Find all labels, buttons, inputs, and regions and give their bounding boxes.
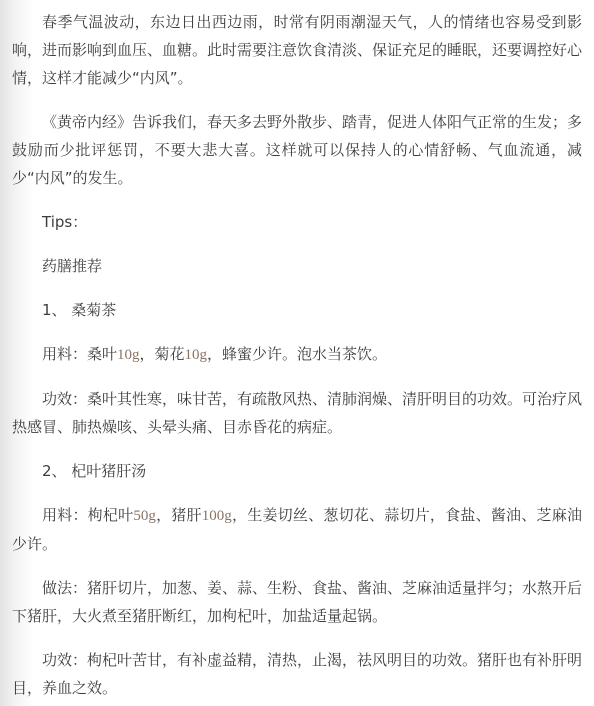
text-segment: ，蜂蜜少许。泡水当茶饮。 [207,345,387,363]
text-segment: 药膳推荐 [42,257,102,275]
paragraph: Tips： [12,208,582,236]
text-segment: 功效：枸杞叶苦甘，有补虚益精，清热，止渴，祛风明目的功效。猪肝也有补肝明目，养血… [12,651,582,697]
paragraph: 《黄帝内经》告诉我们，春天多去野外散步、踏青，促进人体阳气正常的生发；多鼓励而少… [12,108,582,192]
text-segment: 1、 桑菊茶 [42,301,116,319]
text-segment: 2、 杞叶猪肝汤 [42,462,146,480]
paragraph: 做法：猪肝切片，加葱、姜、蒜、生粉、食盐、酱油、芝麻油适量拌匀；水熬开后下猪肝，… [12,574,582,630]
paragraph: 用料：枸杞叶50g，猪肝100g，生姜切丝、葱切花、蒜切片，食盐、酱油、芝麻油少… [12,501,582,558]
paragraph: 功效：桑叶其性寒，味甘苦，有疏散风热、清肺润燥、清肝明目的功效。可治疗风热感冒、… [12,385,582,441]
paragraph: 用料：桑叶10g，菊花10g，蜂蜜少许。泡水当茶饮。 [12,340,582,369]
measurement-value: 100g [202,508,232,524]
paragraph: 功效：枸杞叶苦甘，有补虚益精，清热，止渴，祛风明目的功效。猪肝也有补肝明目，养血… [12,646,582,702]
text-segment: 用料：桑叶 [42,345,117,363]
measurement-value: 10g [117,347,140,363]
measurement-value: 10g [185,347,208,363]
measurement-value: 50g [133,508,156,524]
text-segment: 《黄帝内经》告诉我们，春天多去野外散步、踏青，促进人体阳气正常的生发；多鼓励而少… [12,113,582,187]
text-segment: ，菊花 [140,345,185,363]
text-segment: 用料：枸杞叶 [42,506,133,524]
text-segment: 春季气温波动，东边日出西边雨，时常有阴雨潮湿天气，人的情绪也容易受到影响，进而影… [12,13,582,87]
paragraph: 1、 桑菊茶 [12,296,582,324]
text-segment: ，猪肝 [156,506,202,524]
text-segment: Tips： [42,213,87,231]
paragraph: 药膳推荐 [12,252,582,280]
article-body: 春季气温波动，东边日出西边雨，时常有阴雨潮湿天气，人的情绪也容易受到影响，进而影… [0,0,594,702]
paragraph: 2、 杞叶猪肝汤 [12,457,582,485]
paragraph: 春季气温波动，东边日出西边雨，时常有阴雨潮湿天气，人的情绪也容易受到影响，进而影… [12,8,582,92]
text-segment: 做法：猪肝切片，加葱、姜、蒜、生粉、食盐、酱油、芝麻油适量拌匀；水熬开后下猪肝，… [12,579,582,625]
text-segment: 功效：桑叶其性寒，味甘苦，有疏散风热、清肺润燥、清肝明目的功效。可治疗风热感冒、… [12,390,582,436]
